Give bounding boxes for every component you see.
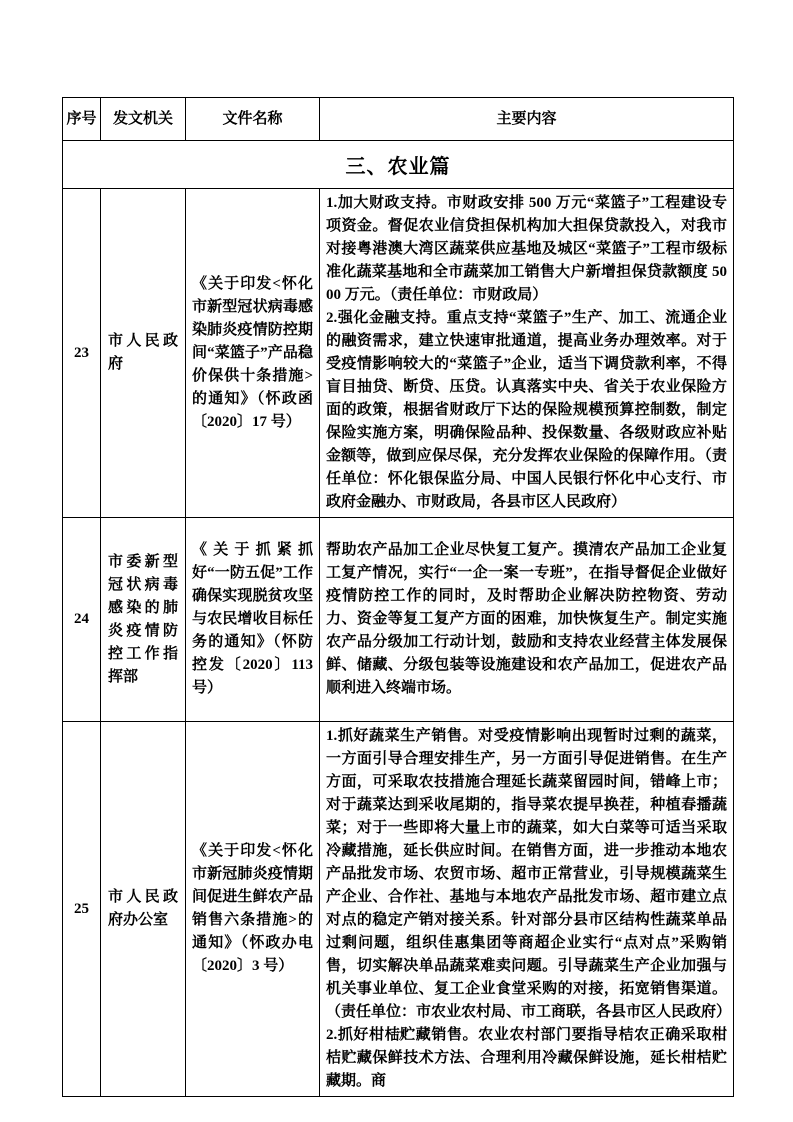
section-title-row: 三、农业篇 xyxy=(63,141,734,189)
content-paragraph: 1.抓好蔬菜生产销售。对受疫情影响出现暂时过剩的蔬菜，一方面引导合理安排生产，另… xyxy=(326,725,727,1024)
main-content-cell: 1.加大财政支持。市财政安排 500 万元“菜篮子”工程建设专项资金。督促农业信… xyxy=(320,189,734,518)
section-title: 三、农业篇 xyxy=(63,141,734,189)
issuing-authority-cell: 市人民政府 xyxy=(101,189,186,518)
table-row: 24 市委新型冠状病毒感染的肺炎疫情防控工作指挥部 《关于抓紧抓好“一防五促”工… xyxy=(63,518,734,722)
serial-number-cell: 23 xyxy=(63,189,101,518)
table-row: 23 市人民政府 《关于印发<怀化市新型冠状病毒感染肺炎疫情防控期间“菜篮子”产… xyxy=(63,189,734,518)
header-document-name: 文件名称 xyxy=(186,98,320,141)
content-paragraph: 帮助农产品加工企业尽快复工复产。摸清农产品加工企业复工复产情况，实行“一企一案一… xyxy=(326,539,727,700)
header-serial-number: 序号 xyxy=(63,98,101,141)
document-page: 序号 发文机关 文件名称 主要内容 三、农业篇 23 市人民政府 《关于印发<怀… xyxy=(0,0,793,1122)
issuing-authority-cell: 市委新型冠状病毒感染的肺炎疫情防控工作指挥部 xyxy=(101,518,186,722)
main-content-cell: 帮助农产品加工企业尽快复工复产。摸清农产品加工企业复工复产情况，实行“一企一案一… xyxy=(320,518,734,722)
document-name-cell: 《关于抓紧抓好“一防五促”工作确保实现脱贫攻坚与农民增收目标任务的通知》（怀防控… xyxy=(186,518,320,722)
header-main-content: 主要内容 xyxy=(320,98,734,141)
content-paragraph: 2.强化金融支持。重点支持“菜篮子”生产、加工、流通企业的融资需求，建立快速审批… xyxy=(326,307,727,514)
header-issuing-authority: 发文机关 xyxy=(101,98,186,141)
document-register-table: 序号 发文机关 文件名称 主要内容 三、农业篇 23 市人民政府 《关于印发<怀… xyxy=(62,97,734,1097)
content-paragraph: 1.加大财政支持。市财政安排 500 万元“菜篮子”工程建设专项资金。督促农业信… xyxy=(326,192,727,307)
document-name-cell: 《关于印发<怀化市新型冠状病毒感染肺炎疫情防控期间“菜篮子”产品稳价保供十条措施… xyxy=(186,189,320,518)
serial-number-cell: 24 xyxy=(63,518,101,722)
table-header-row: 序号 发文机关 文件名称 主要内容 xyxy=(63,98,734,141)
page-number: 17 xyxy=(62,1028,733,1044)
